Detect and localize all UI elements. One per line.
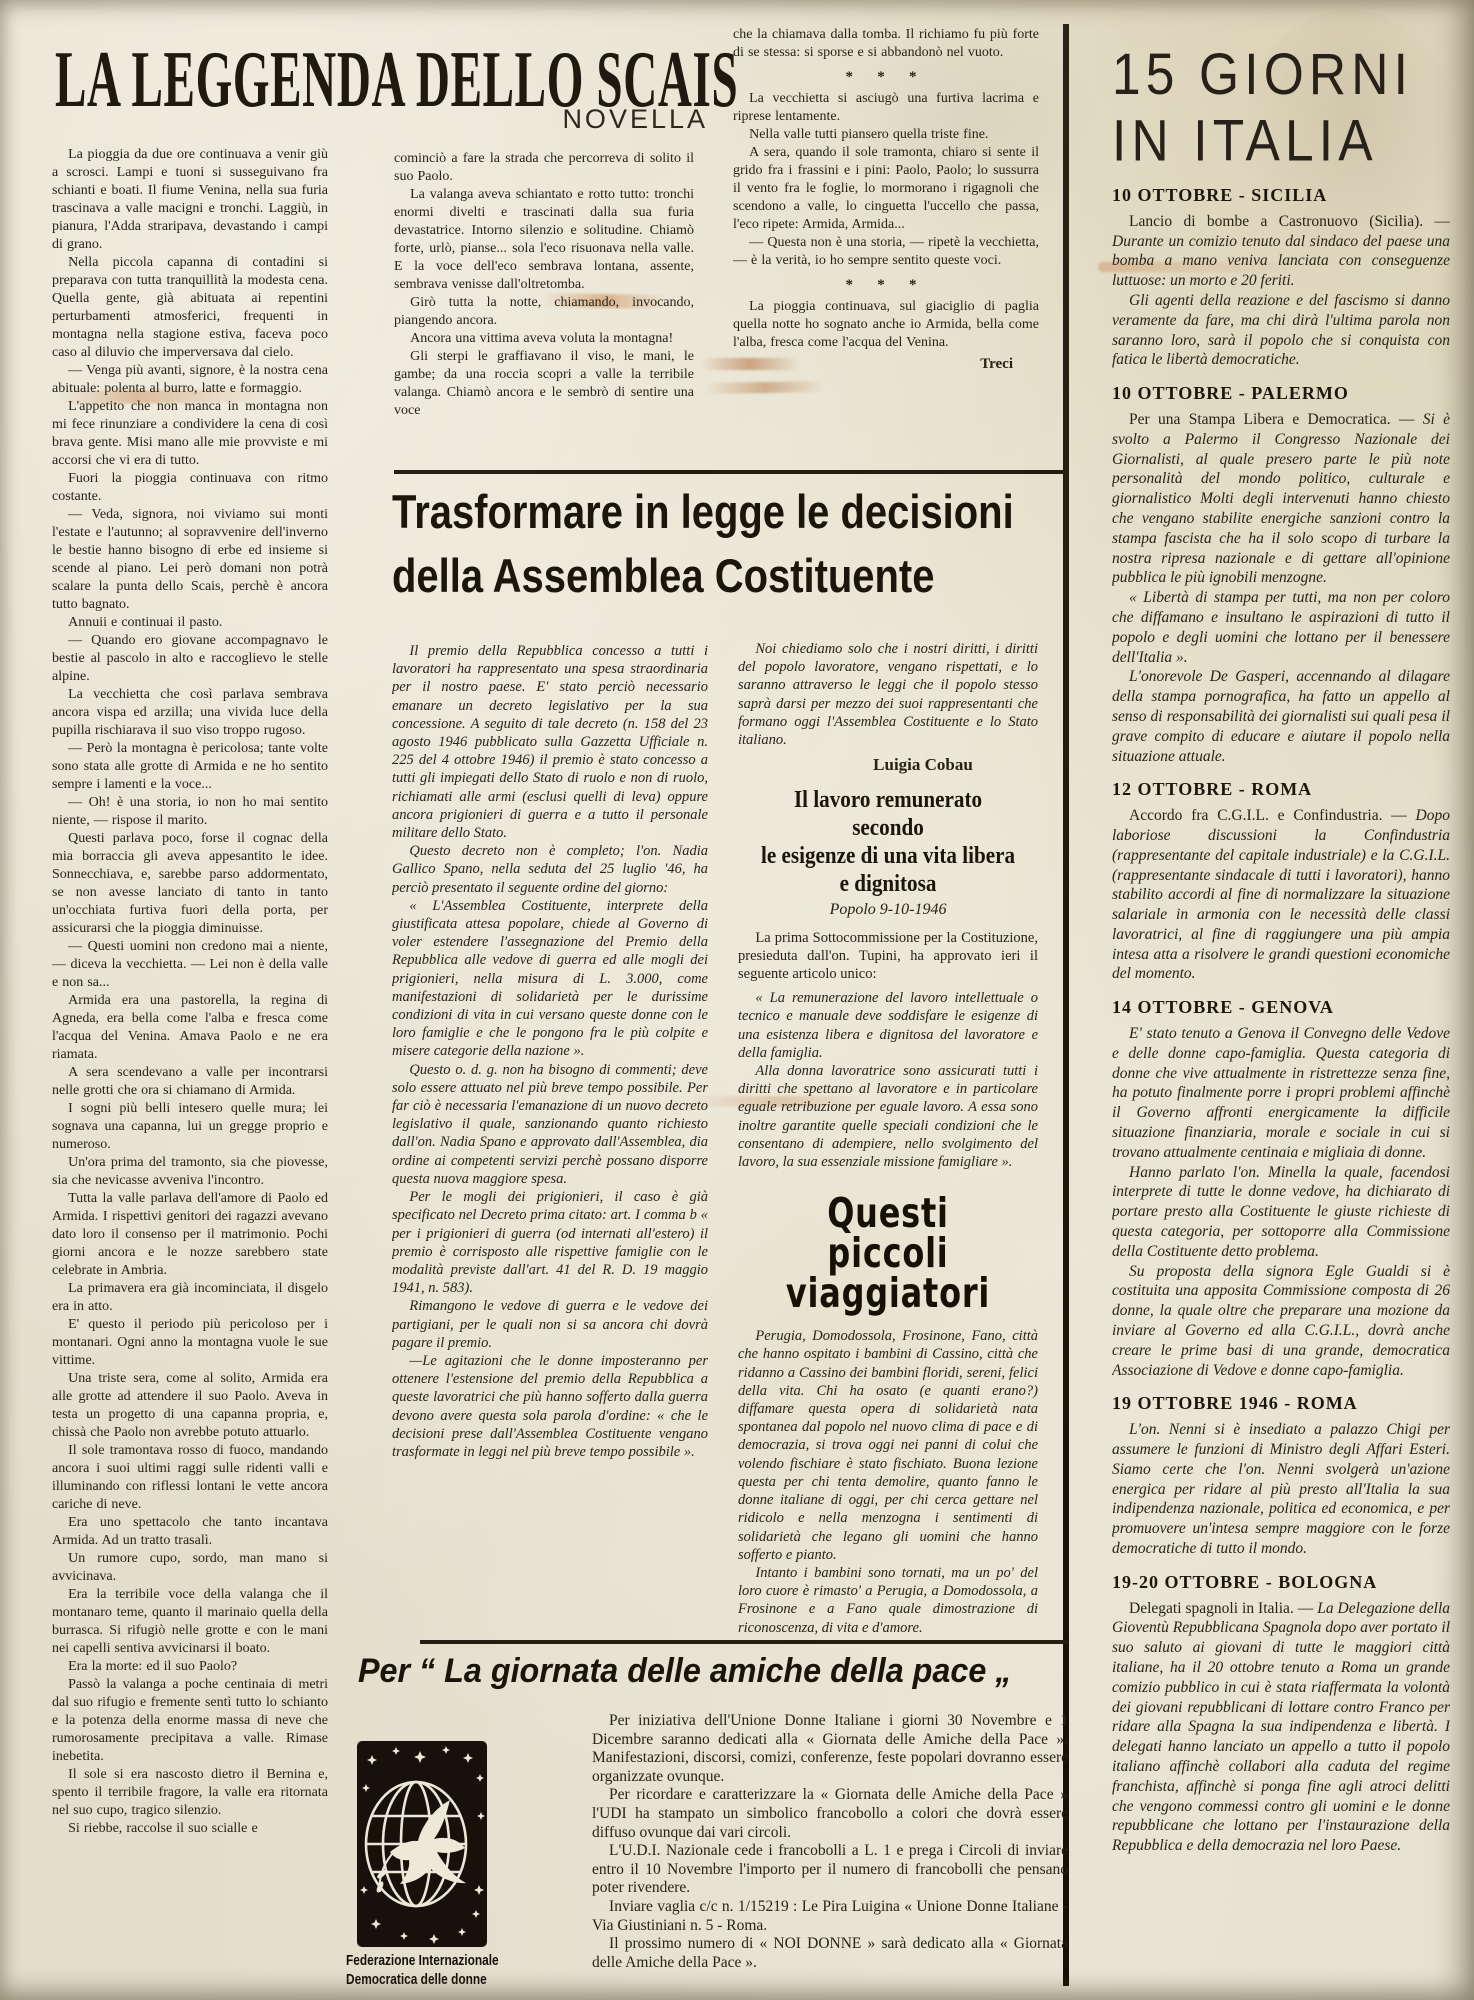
costituente-column-left: Il premio della Repubblica concesso a tu… — [392, 642, 708, 1644]
entry-paragraphs: « Libertà di stampa per tutti, ma non pe… — [1112, 588, 1450, 766]
paragraph: che la chiamava dalla tomba. Il richiamo… — [733, 26, 1039, 62]
paragraph: Ancora una vittima aveva voluta la monta… — [394, 330, 694, 348]
paragraph: Fuori la pioggia continuava con ritmo co… — [52, 470, 328, 506]
asterisk-separator: * * * — [733, 68, 1039, 86]
paragraph: Perugia, Domodossola, Frosinone, Fano, c… — [738, 1327, 1038, 1564]
paragraph: Intanto i bambini sono tornati, ma un po… — [738, 1564, 1038, 1637]
paragraph: — Questi uomini non credono mai a niente… — [52, 938, 328, 992]
entry-paragraphs: Gli agenti della reazione e del fascismo… — [1112, 291, 1450, 370]
column-divider-rule — [1063, 24, 1069, 1986]
headline-line-2: della Assemblea Costituente — [392, 544, 987, 608]
paragraph: Si riebbe, raccolse il suo scialle e — [52, 1820, 328, 1838]
entry-heading: 10 OTTOBRE - SICILIA — [1112, 186, 1450, 206]
paragraph: A sera scendevano a valle per incontrars… — [52, 1064, 328, 1100]
entry-lead-paragraph: E' stato tenuto a Genova il Convegno del… — [1112, 1024, 1450, 1163]
paragraph: Il premio della Repubblica concesso a tu… — [392, 642, 708, 842]
paragraph: Questo decreto non è completo; l'on. Nad… — [392, 842, 708, 897]
news-entry-roma-19: 19 OTTO​BRE 1946 - ROMA L'on. Nenni si è… — [1112, 1394, 1450, 1558]
entry-lead: Accordo fra C.G.I.L. e Confindustria. — — [1129, 807, 1407, 824]
headline-line-1: Trasformare in legge le decisioni — [392, 480, 987, 544]
paragraph: — Però la montagna è pericolosa; tante v… — [52, 740, 328, 794]
newspaper-page: LA LEGGENDA DELLO SCAIS NOVELLA La piogg… — [0, 0, 1474, 2000]
novella-column-3: che la chiamava dalla tomba. Il richiamo… — [733, 26, 1039, 478]
paragraph: Era la morte: ed il suo Paolo? — [52, 1658, 328, 1676]
paragraph: L'appetito che non manca in montagna non… — [52, 398, 328, 470]
paragraph: Hanno parlato l'on. Minella la quale, fa… — [1112, 1163, 1450, 1262]
entry-lead-paragraph: L'on. Nenni si è insediato a palazzo Chi… — [1112, 1420, 1450, 1559]
paragraph: Tutta la valle parlava dell'amore di Pao… — [52, 1190, 328, 1280]
costituente-column-right: Noi chiediamo solo che i nostri diritti,… — [738, 640, 1038, 1648]
paragraph: Questo o. d. g. non ha bisogno di commen… — [392, 1061, 708, 1188]
entry-lead-paragraph: Accordo fra C.G.I.L. e Confindustria. — … — [1112, 806, 1450, 984]
paragraph: « Libertà di stampa per tutti, ma non pe… — [1112, 588, 1450, 667]
paragraph: Inviare vaglia c/c n. 1/15219 : Le Pira … — [592, 1898, 1068, 1935]
headline-line-2: le esigenze di una vita libera — [756, 842, 1020, 870]
paragraph: L'onorevole De Gasperi, accennando al di… — [1112, 667, 1450, 766]
entry-lead-body: Dopo laboriose discussioni la Confindust… — [1112, 807, 1450, 982]
paragraph: « L'Assemblea Costituente, interprete de… — [392, 897, 708, 1061]
headline-line-1: Questi piccoli — [771, 1193, 1005, 1273]
paragraph: Il sole tramontava rosso di fuoco, manda… — [52, 1442, 328, 1514]
fortnight-column-title: 15 GIORNI IN ITALIA — [1112, 42, 1413, 174]
entry-lead-paragraph: Delegati spagnoli in Italia. — La Delega… — [1112, 1599, 1450, 1856]
entry-paragraphs: Hanno parlato l'on. Minella la quale, fa… — [1112, 1163, 1450, 1381]
paragraph: — Quando ero giovane accompagnavo le bes… — [52, 632, 328, 686]
paragraph: Era uno spettacolo che tanto incantava A… — [52, 1514, 328, 1550]
paragraph: I sogni più belli intesero quelle mura; … — [52, 1100, 328, 1154]
paragraph: Per le mogli dei prigionieri, il caso è … — [392, 1188, 708, 1297]
entry-heading: 19 OTTO​BRE 1946 - ROMA — [1112, 1394, 1450, 1414]
subarticle-headline-viaggiatori: Questi piccoli viaggiatori — [771, 1193, 1005, 1313]
paragraph: cominciò a fare la strada che percorreva… — [394, 150, 694, 186]
paragraph: Girò tutta la notte, chiamando, invocand… — [394, 294, 694, 330]
paragraph: Il prossimo numero di « NOI DONNE » sarà… — [592, 1935, 1068, 1972]
novella-subtitle: NOVELLA — [470, 104, 708, 135]
paragraph: Rimangono le vedove di guerra e le vedov… — [392, 1297, 708, 1352]
news-entry-palermo: 10 OTTOBRE - PALERMO Per una Stampa Libe… — [1112, 384, 1450, 766]
lavoro-quote: « La remunerazione del lavoro intellettu… — [738, 989, 1038, 1171]
caption-line-1: Federazione Internazionale — [346, 1952, 510, 1971]
news-entry-sicilia: 10 OTTOBRE - SICILIA Lancio di bombe a C… — [1112, 186, 1450, 370]
paragraph: Questi parlava poco, forse il cognac del… — [52, 830, 328, 938]
paragraph: — Questa non è una storia, — ripetè la v… — [733, 234, 1039, 270]
headline-line-1: Il lavoro remunerato secondo — [756, 786, 1020, 842]
asterisk-separator: * * * — [733, 276, 1039, 294]
paragraph: Annuii e continuai il pasto. — [52, 614, 328, 632]
paragraph: La pioggia da due ore continuava a venir… — [52, 146, 328, 254]
entry-lead-body: Si è svolto a Palermo il Congresso Nazio… — [1112, 411, 1450, 586]
pace-section-body: Per iniziativa dell'Unione Donne Italian… — [592, 1712, 1068, 1994]
paragraph: Passò la valanga a poche centinaia di me… — [52, 1676, 328, 1766]
paragraph: —Le agitazioni che le donne imposteranno… — [392, 1352, 708, 1461]
entry-lead-body: Durante un comizio tenuto dal sindaco de… — [1112, 233, 1450, 290]
paragraph: Un rumore cupo, sordo, man mano si avvic… — [52, 1550, 328, 1586]
paragraph: Una triste sera, come al solito, Armida … — [52, 1370, 328, 1442]
news-entry-roma-12: 12 OTTOBRE - ROMA Accordo fra C.G.I.L. e… — [1112, 780, 1450, 984]
entry-lead: Per una Stampa Libera e Democratica. — — [1129, 411, 1414, 428]
title-line-1: 15 GIORNI — [1112, 42, 1413, 108]
novella-column-2: cominciò a fare la strada che percorreva… — [394, 150, 694, 472]
pace-section-headline: Per “ La giornata delle amiche della pac… — [358, 1652, 1042, 1691]
article-headline-costituente: Trasformare in legge le decisioni della … — [392, 480, 987, 608]
paragraph: L'U.D.I. Nazionale cede i francobolli a … — [592, 1842, 1068, 1898]
paragraph: La pioggia continuava, sul giaciglio di … — [733, 298, 1039, 352]
paragraph: Era la terribile voce della valanga che … — [52, 1586, 328, 1658]
title-line-2: IN ITALIA — [1112, 108, 1413, 174]
article-byline: Luigia Cobau — [738, 756, 1038, 774]
paragraph: Il sole si era nascosto dietro il Bernin… — [52, 1766, 328, 1820]
paragraph: — Oh! è una storia, io non ho mai sentit… — [52, 794, 328, 830]
paragraph: La vecchietta che così parlava sembrava … — [52, 686, 328, 740]
paragraph: Gli sterpi le graffiavano il viso, le ma… — [394, 348, 694, 420]
paragraph: La primavera era già incominciata, il di… — [52, 1280, 328, 1316]
novella-column-3-part3: La pioggia continuava, sul giaciglio di … — [733, 298, 1039, 352]
paragraph: Gli agenti della reazione e del fascismo… — [1112, 291, 1450, 370]
paragraph: La valanga aveva schiantato e rotto tutt… — [394, 186, 694, 294]
subarticle-headline-lavoro: Il lavoro remunerato secondo le esigenze… — [756, 786, 1020, 898]
paragraph: Nella piccola capanna di contadini si pr… — [52, 254, 328, 362]
paragraph: — Venga più avanti, signore, è la nostra… — [52, 362, 328, 398]
paragraph: Su proposta della signora Egle Gualdi si… — [1112, 1262, 1450, 1381]
entry-lead-body: E' stato tenuto a Genova il Convegno del… — [1112, 1025, 1450, 1161]
fortnight-column: 10 OTTOBRE - SICILIA Lancio di bombe a C… — [1112, 186, 1450, 1986]
headline-line-2: viaggiatori — [771, 1273, 1005, 1313]
entry-lead-paragraph: Lancio di bombe a Castronuovo (Sicilia).… — [1112, 212, 1450, 291]
lavoro-intro: La prima Sottocommissione per la Costitu… — [738, 929, 1038, 984]
novella-column-1: La pioggia da due ore continuava a venir… — [52, 146, 328, 1996]
paragraph: Un'ora prima del tramonto, sia che piove… — [52, 1154, 328, 1190]
caption-line-2: Democratica delle donne — [346, 1971, 510, 1990]
novella-author-signature: Treci — [733, 355, 1039, 373]
paragraph: E' questo il periodo più pericoloso per … — [52, 1316, 328, 1370]
paragraph: « La remunerazione del lavoro intellettu… — [738, 989, 1038, 1062]
headline-line-3: e dignitosa — [756, 870, 1020, 898]
entry-lead: Delegati spagnoli in Italia. — — [1129, 1600, 1313, 1617]
entry-lead-paragraph: Per una Stampa Libera e Democratica. — S… — [1112, 410, 1450, 588]
paragraph: A sera, quando il sole tramonta, chiaro … — [733, 144, 1039, 234]
novella-column-3-part1: che la chiamava dalla tomba. Il richiamo… — [733, 26, 1039, 62]
entry-lead-body: L'on. Nenni si è insediato a palazzo Chi… — [1112, 1421, 1450, 1557]
paragraph: La vecchietta si asciugò una furtiva lac… — [733, 90, 1039, 126]
paragraph: Armida era una pastorella, la regina di … — [52, 992, 328, 1064]
entry-heading: 10 OTTOBRE - PALERMO — [1112, 384, 1450, 404]
costituente-closing-paragraph: Noi chiediamo solo che i nostri diritti,… — [738, 640, 1038, 749]
entry-heading: 12 OTTOBRE - ROMA — [1112, 780, 1450, 800]
paragraph: Nella valle tutti piansero quella triste… — [733, 126, 1039, 144]
viaggiatori-body: Perugia, Domodossola, Frosinone, Fano, c… — [738, 1327, 1038, 1636]
news-entry-bologna: 19-20 OTTOBRE - BOLOGNA Delegati spagnol… — [1112, 1573, 1450, 1856]
paragraph: Alla donna lavoratrice sono assicurati t… — [738, 1062, 1038, 1171]
novella-title: LA LEGGENDA DELLO SCAIS — [55, 34, 489, 126]
paragraph: — Veda, signora, noi viviamo sui monti l… — [52, 506, 328, 614]
logo-caption: Federazione Internazionale Democratica d… — [346, 1952, 510, 1990]
entry-lead: Lancio di bombe a Castronuovo (Sicilia).… — [1129, 213, 1450, 230]
paragraph: Per iniziativa dell'Unione Donne Italian… — [592, 1712, 1068, 1786]
news-entry-genova: 14 OTTOBRE - GENOVA E' stato tenuto a Ge… — [1112, 998, 1450, 1380]
source-citation: Popolo 9-10-1946 — [738, 901, 1038, 919]
entry-heading: 14 OTTOBRE - GENOVA — [1112, 998, 1450, 1018]
paragraph: Per ricordare e caratterizzare la « Gior… — [592, 1786, 1068, 1842]
novella-column-3-part2: La vecchietta si asciugò una furtiva lac… — [733, 90, 1039, 270]
entry-heading: 19-20 OTTOBRE - BOLOGNA — [1112, 1573, 1450, 1593]
entry-lead-body: La Delegazione della Gioventù Repubblica… — [1112, 1600, 1450, 1855]
fidf-dove-globe-logo — [356, 1740, 488, 1948]
